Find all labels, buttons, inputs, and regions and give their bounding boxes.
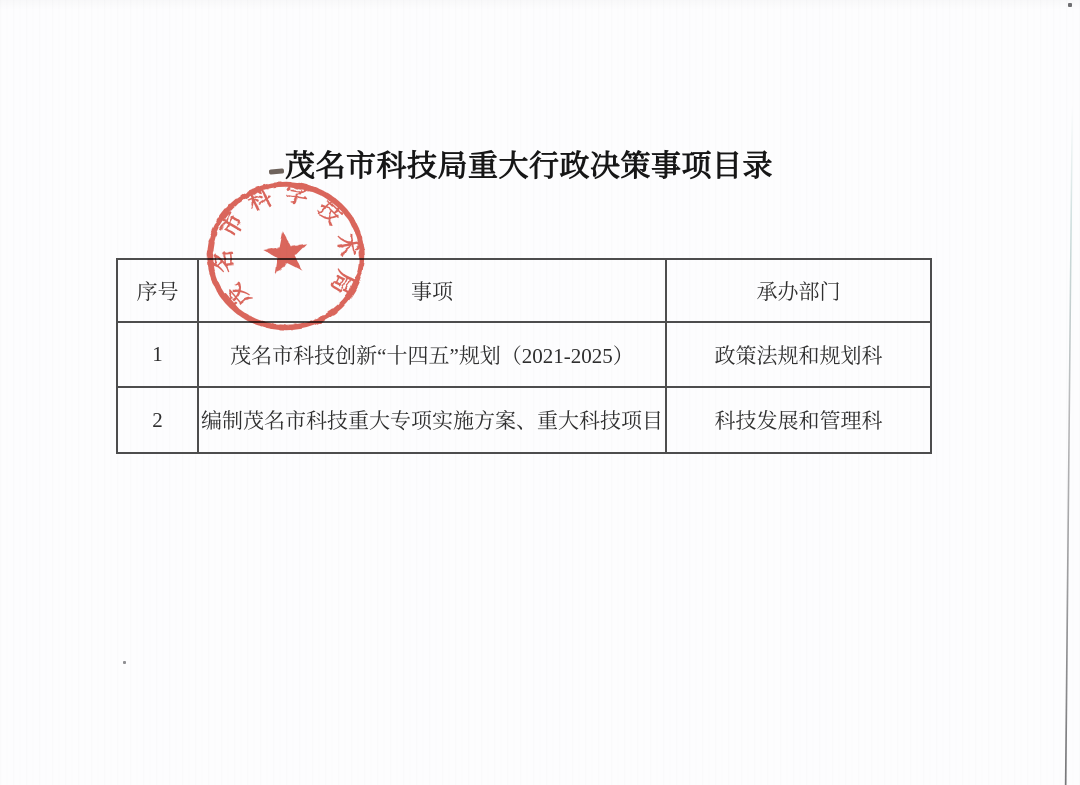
- seal-character: 学: [283, 180, 310, 210]
- column-header-item: 事项: [198, 259, 666, 322]
- document-title: 茂名市科技局重大行政决策事项目录: [0, 149, 1058, 184]
- scan-line-artifact: [1065, 105, 1073, 785]
- seal-character: 市: [216, 209, 249, 241]
- scan-speck-artifact: [123, 661, 126, 664]
- column-header-department: 承办部门: [666, 259, 931, 322]
- decision-items-table: 序号 事项 承办部门 1 茂名市科技创新“十四五”规划（2021-2025） 政…: [116, 258, 932, 454]
- item-cell: 编制茂名市科技重大专项实施方案、重大科技项目: [198, 387, 666, 453]
- seal-character: 科: [244, 183, 276, 216]
- scan-speck-artifact: [1068, 3, 1072, 7]
- column-header-number: 序号: [117, 259, 198, 322]
- scanned-document-page: 茂名市科技局重大行政决策事项目录 序号 事项 承办部门 1 茂名市科技创新“十四…: [0, 0, 1080, 785]
- item-cell: 茂名市科技创新“十四五”规划（2021-2025）: [198, 322, 666, 387]
- table-row: 2 编制茂名市科技重大专项实施方案、重大科技项目 科技发展和管理科: [117, 387, 931, 453]
- row-number-cell: 1: [117, 322, 198, 387]
- department-cell: 科技发展和管理科: [666, 387, 931, 453]
- row-number-cell: 2: [117, 387, 198, 453]
- department-cell: 政策法规和规划科: [666, 322, 931, 387]
- table-header-row: 序号 事项 承办部门: [117, 259, 931, 322]
- table-row: 1 茂名市科技创新“十四五”规划（2021-2025） 政策法规和规划科: [117, 322, 931, 387]
- seal-character: 术: [333, 231, 362, 259]
- seal-character: 技: [313, 195, 347, 229]
